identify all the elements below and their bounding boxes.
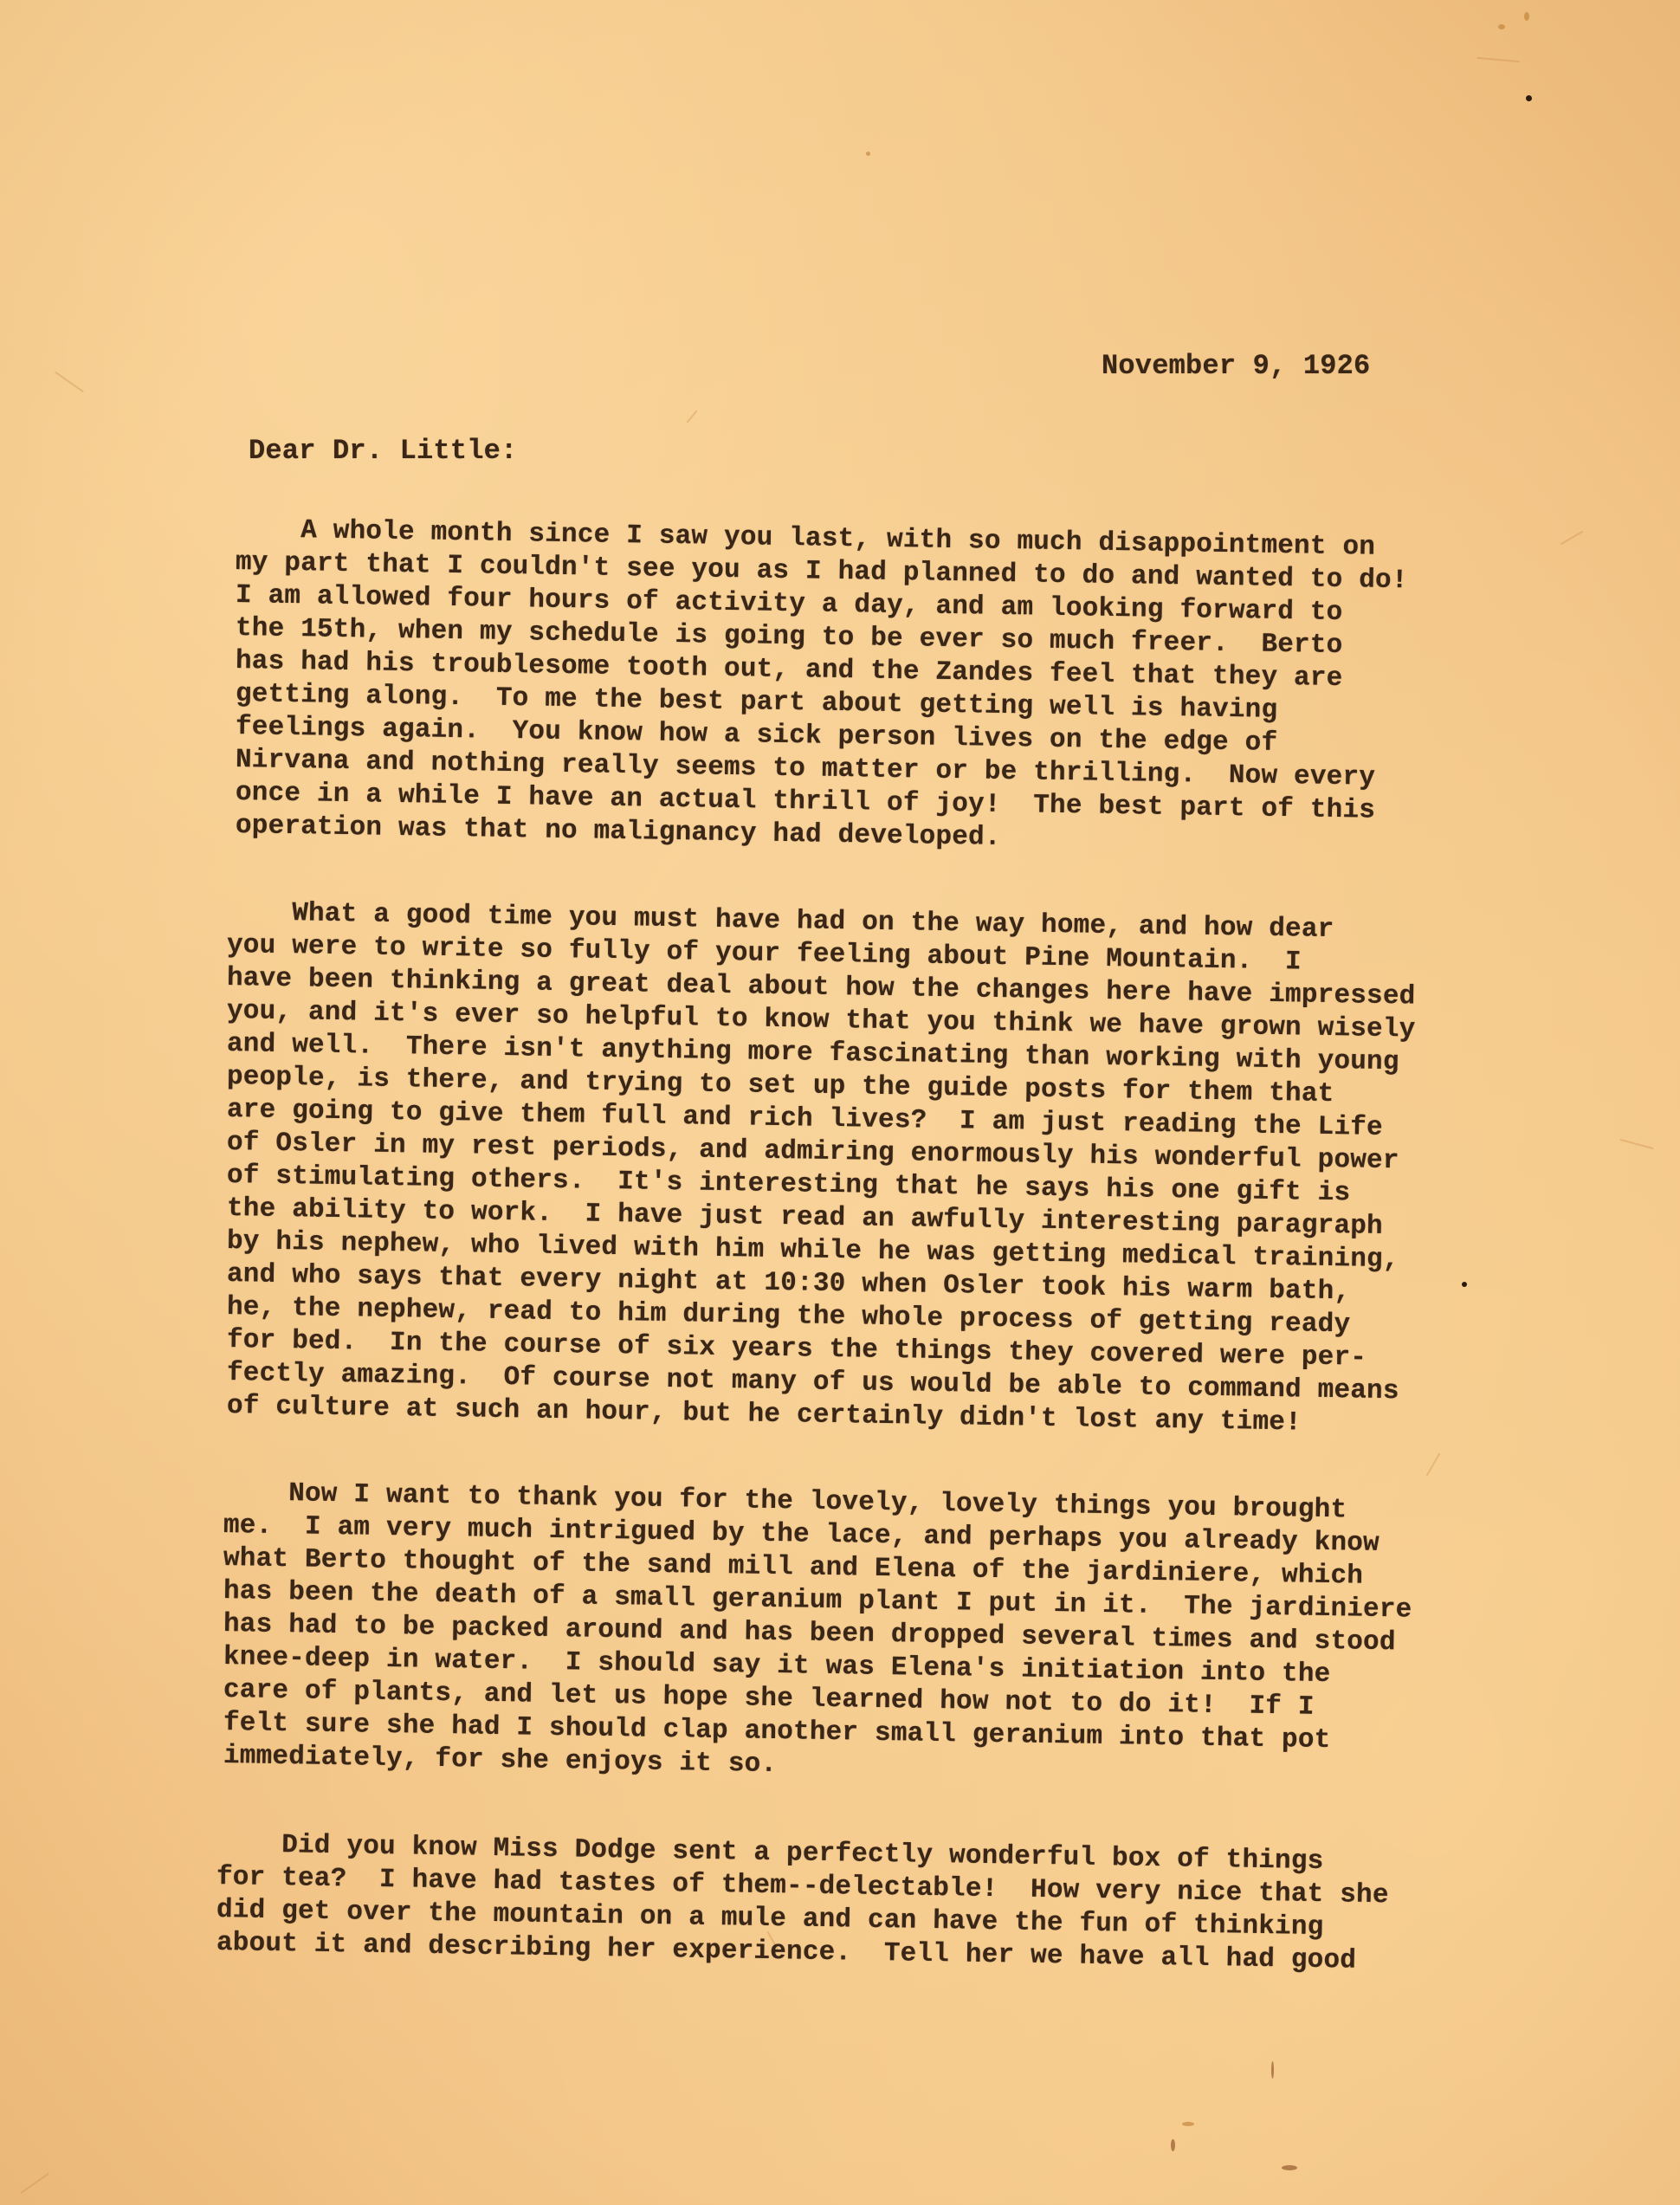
- ink-dot: [1526, 95, 1532, 101]
- text-line: immediately, for she enjoys it so.: [223, 1741, 778, 1780]
- paper-fiber: [1619, 1139, 1653, 1149]
- letter-page: November 9, 1926 Dear Dr. Little: A whol…: [0, 0, 1680, 2205]
- paper-fiber: [1476, 57, 1520, 62]
- paper-fleck: [1182, 2122, 1194, 2126]
- paper-fiber: [20, 2173, 49, 2195]
- paper-fleck: [866, 152, 870, 156]
- ink-dot: [1462, 1282, 1467, 1287]
- paper-fiber: [1560, 531, 1584, 546]
- paper-fiber: [686, 410, 697, 423]
- paper-fleck: [1498, 24, 1505, 29]
- salutation: Dear Dr. Little:: [249, 435, 517, 467]
- letter-date: November 9, 1926: [1102, 350, 1370, 382]
- paper-fleck: [1282, 2165, 1297, 2170]
- paper-fiber: [55, 372, 84, 393]
- paper-fleck: [1171, 2139, 1175, 2151]
- paper-fleck: [1524, 12, 1529, 21]
- paper-fleck: [1271, 2061, 1274, 2079]
- paper-fiber: [1426, 1453, 1441, 1477]
